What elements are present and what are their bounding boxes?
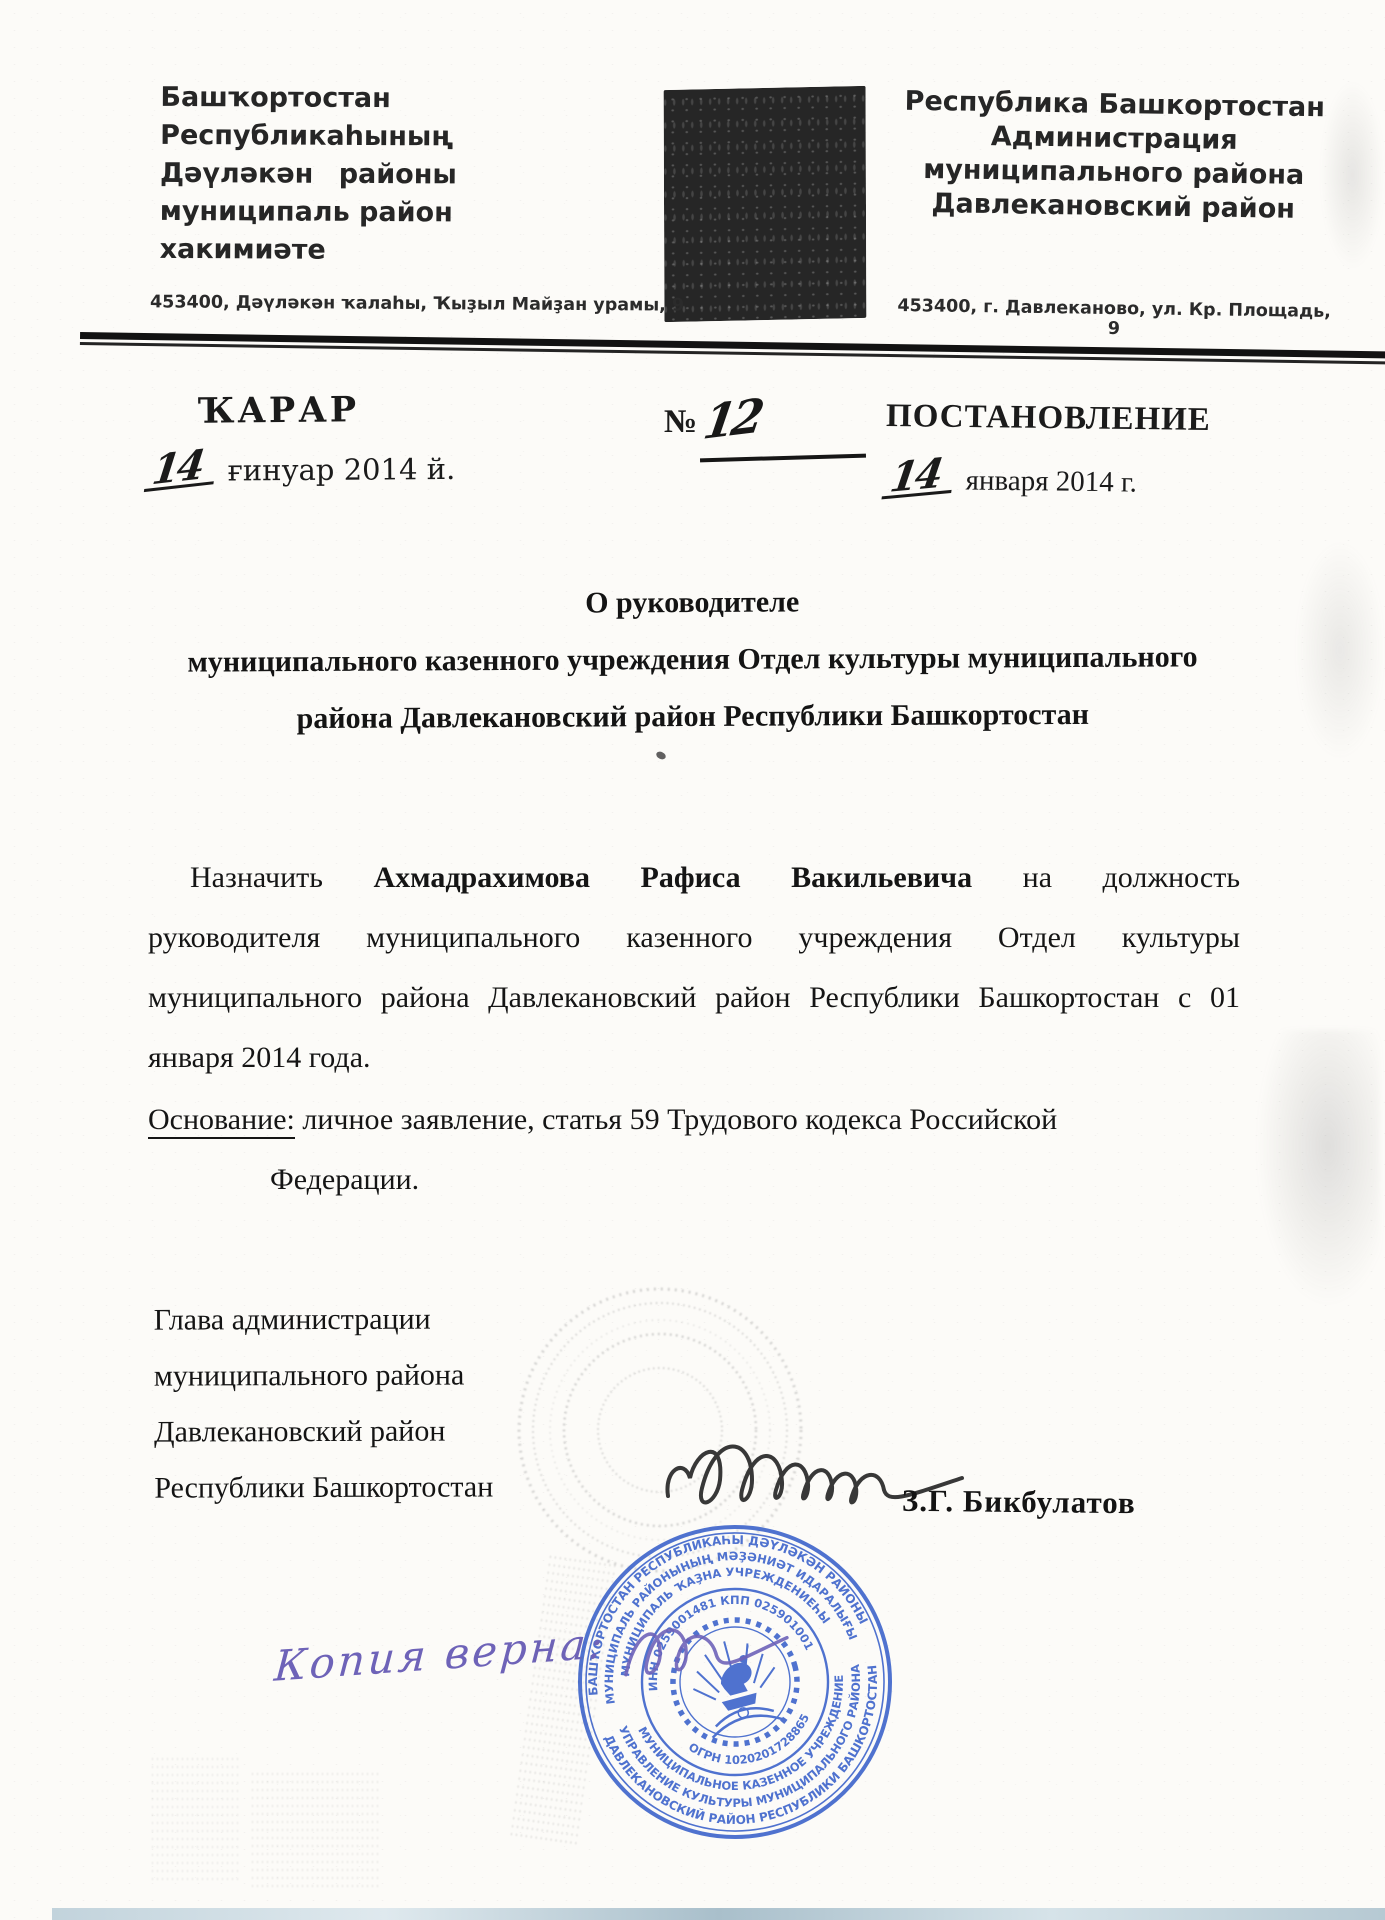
copy-certified-signature: [613, 1593, 802, 1711]
doc-date-bashkir-text: ғинуар 2014 й.: [228, 452, 456, 488]
scan-speckle-streak: [250, 1770, 380, 1890]
org-address-bashkir: 453400, Дәүләкән ҡалаһы, Ҡыҙыл Майҙан ур…: [150, 292, 684, 315]
doc-title: О руководителе муниципального казенного …: [0, 570, 1385, 748]
doc-date-bashkir: 14ғинуар 2014 й.: [146, 451, 455, 488]
doc-date-russian: 14января 2014 г.: [884, 460, 1137, 499]
doc-number-handwritten: 12: [700, 388, 764, 450]
body-text: на должность: [1023, 861, 1240, 894]
scan-speckle-streak: [150, 1755, 240, 1885]
doc-number-underline: [700, 454, 866, 463]
doc-type-bashkir: ҠАРАР: [198, 389, 359, 431]
basis-line: Основание: личное заявление, статья 59 Т…: [148, 1090, 1240, 1150]
org-name-bashkir-line: Республикаһының: [160, 117, 590, 157]
doc-title-line: муниципального казенного учреждения Отде…: [0, 627, 1385, 691]
signer-name: З.Г. Бикбулатов: [902, 1483, 1136, 1521]
doc-title-line: О руководителе: [0, 570, 1385, 634]
org-name-russian: Республика Башкортостан Администрация му…: [892, 85, 1336, 228]
signer-post-line: Глава администрации: [154, 1291, 493, 1348]
org-name-bashkir: Башҡортостан Республикаһының Дәүләкән ра…: [160, 79, 591, 271]
doc-body: Назначить Ахмадрахимова Рафиса Вакильеви…: [148, 848, 1240, 1210]
org-name-bashkir-line: Башҡортостан: [160, 79, 590, 119]
scan-smudge: [1250, 1030, 1380, 1320]
org-name-russian-line: Давлекановский район: [892, 187, 1334, 228]
body-line: руководителя муниципального казенного уч…: [148, 908, 1240, 968]
doc-date-day-handwritten: 14: [144, 449, 218, 493]
doc-date-russian-text: января 2014 г.: [965, 464, 1137, 498]
org-address-russian: 453400, г. Давлеканово, ул. Кр. Площадь,…: [893, 296, 1336, 342]
body-line: муниципального района Давлекановский рай…: [148, 968, 1240, 1028]
body-line: января 2014 года.: [148, 1028, 1240, 1088]
doc-date-day-handwritten: 14: [881, 457, 956, 499]
basis-line: Федерации.: [148, 1150, 1240, 1210]
signer-post-line: Давлекановский район: [154, 1403, 493, 1460]
org-name-bashkir-line: муниципаль район хакимиәте: [160, 193, 590, 271]
doc-type-russian: ПОСТАНОВЛЕНИЕ: [886, 398, 1211, 439]
body-line: Назначить Ахмадрахимова Рафиса Вакильеви…: [148, 848, 1240, 908]
org-name-russian-line: Республика Башкортостан: [894, 85, 1336, 126]
doc-title-line: района Давлекановский район Республики Б…: [0, 684, 1385, 748]
scanned-document-page: Башҡортостан Республикаһының Дәүләкән ра…: [0, 0, 1385, 1920]
basis-text: личное заявление, статья 59 Трудового ко…: [302, 1103, 1057, 1136]
ink-dot-artifact: [655, 750, 667, 761]
appointee-name: Ахмадрахимова Рафиса Вакильевича: [373, 861, 972, 894]
signer-post-line: муниципального района: [154, 1347, 493, 1404]
coat-of-arms-emblem-dark-scan: [664, 86, 867, 322]
org-name-bashkir-line: Дәүләкән районы: [160, 155, 590, 195]
body-text: Назначить: [190, 861, 323, 894]
basis-label: Основание:: [148, 1103, 295, 1139]
doc-number-sign: №: [664, 404, 697, 441]
scan-edge-artifact: [52, 1908, 1385, 1920]
signer-post-block: Глава администрации муниципального район…: [154, 1291, 494, 1516]
signer-post-line: Республики Башкортостан: [154, 1459, 493, 1516]
